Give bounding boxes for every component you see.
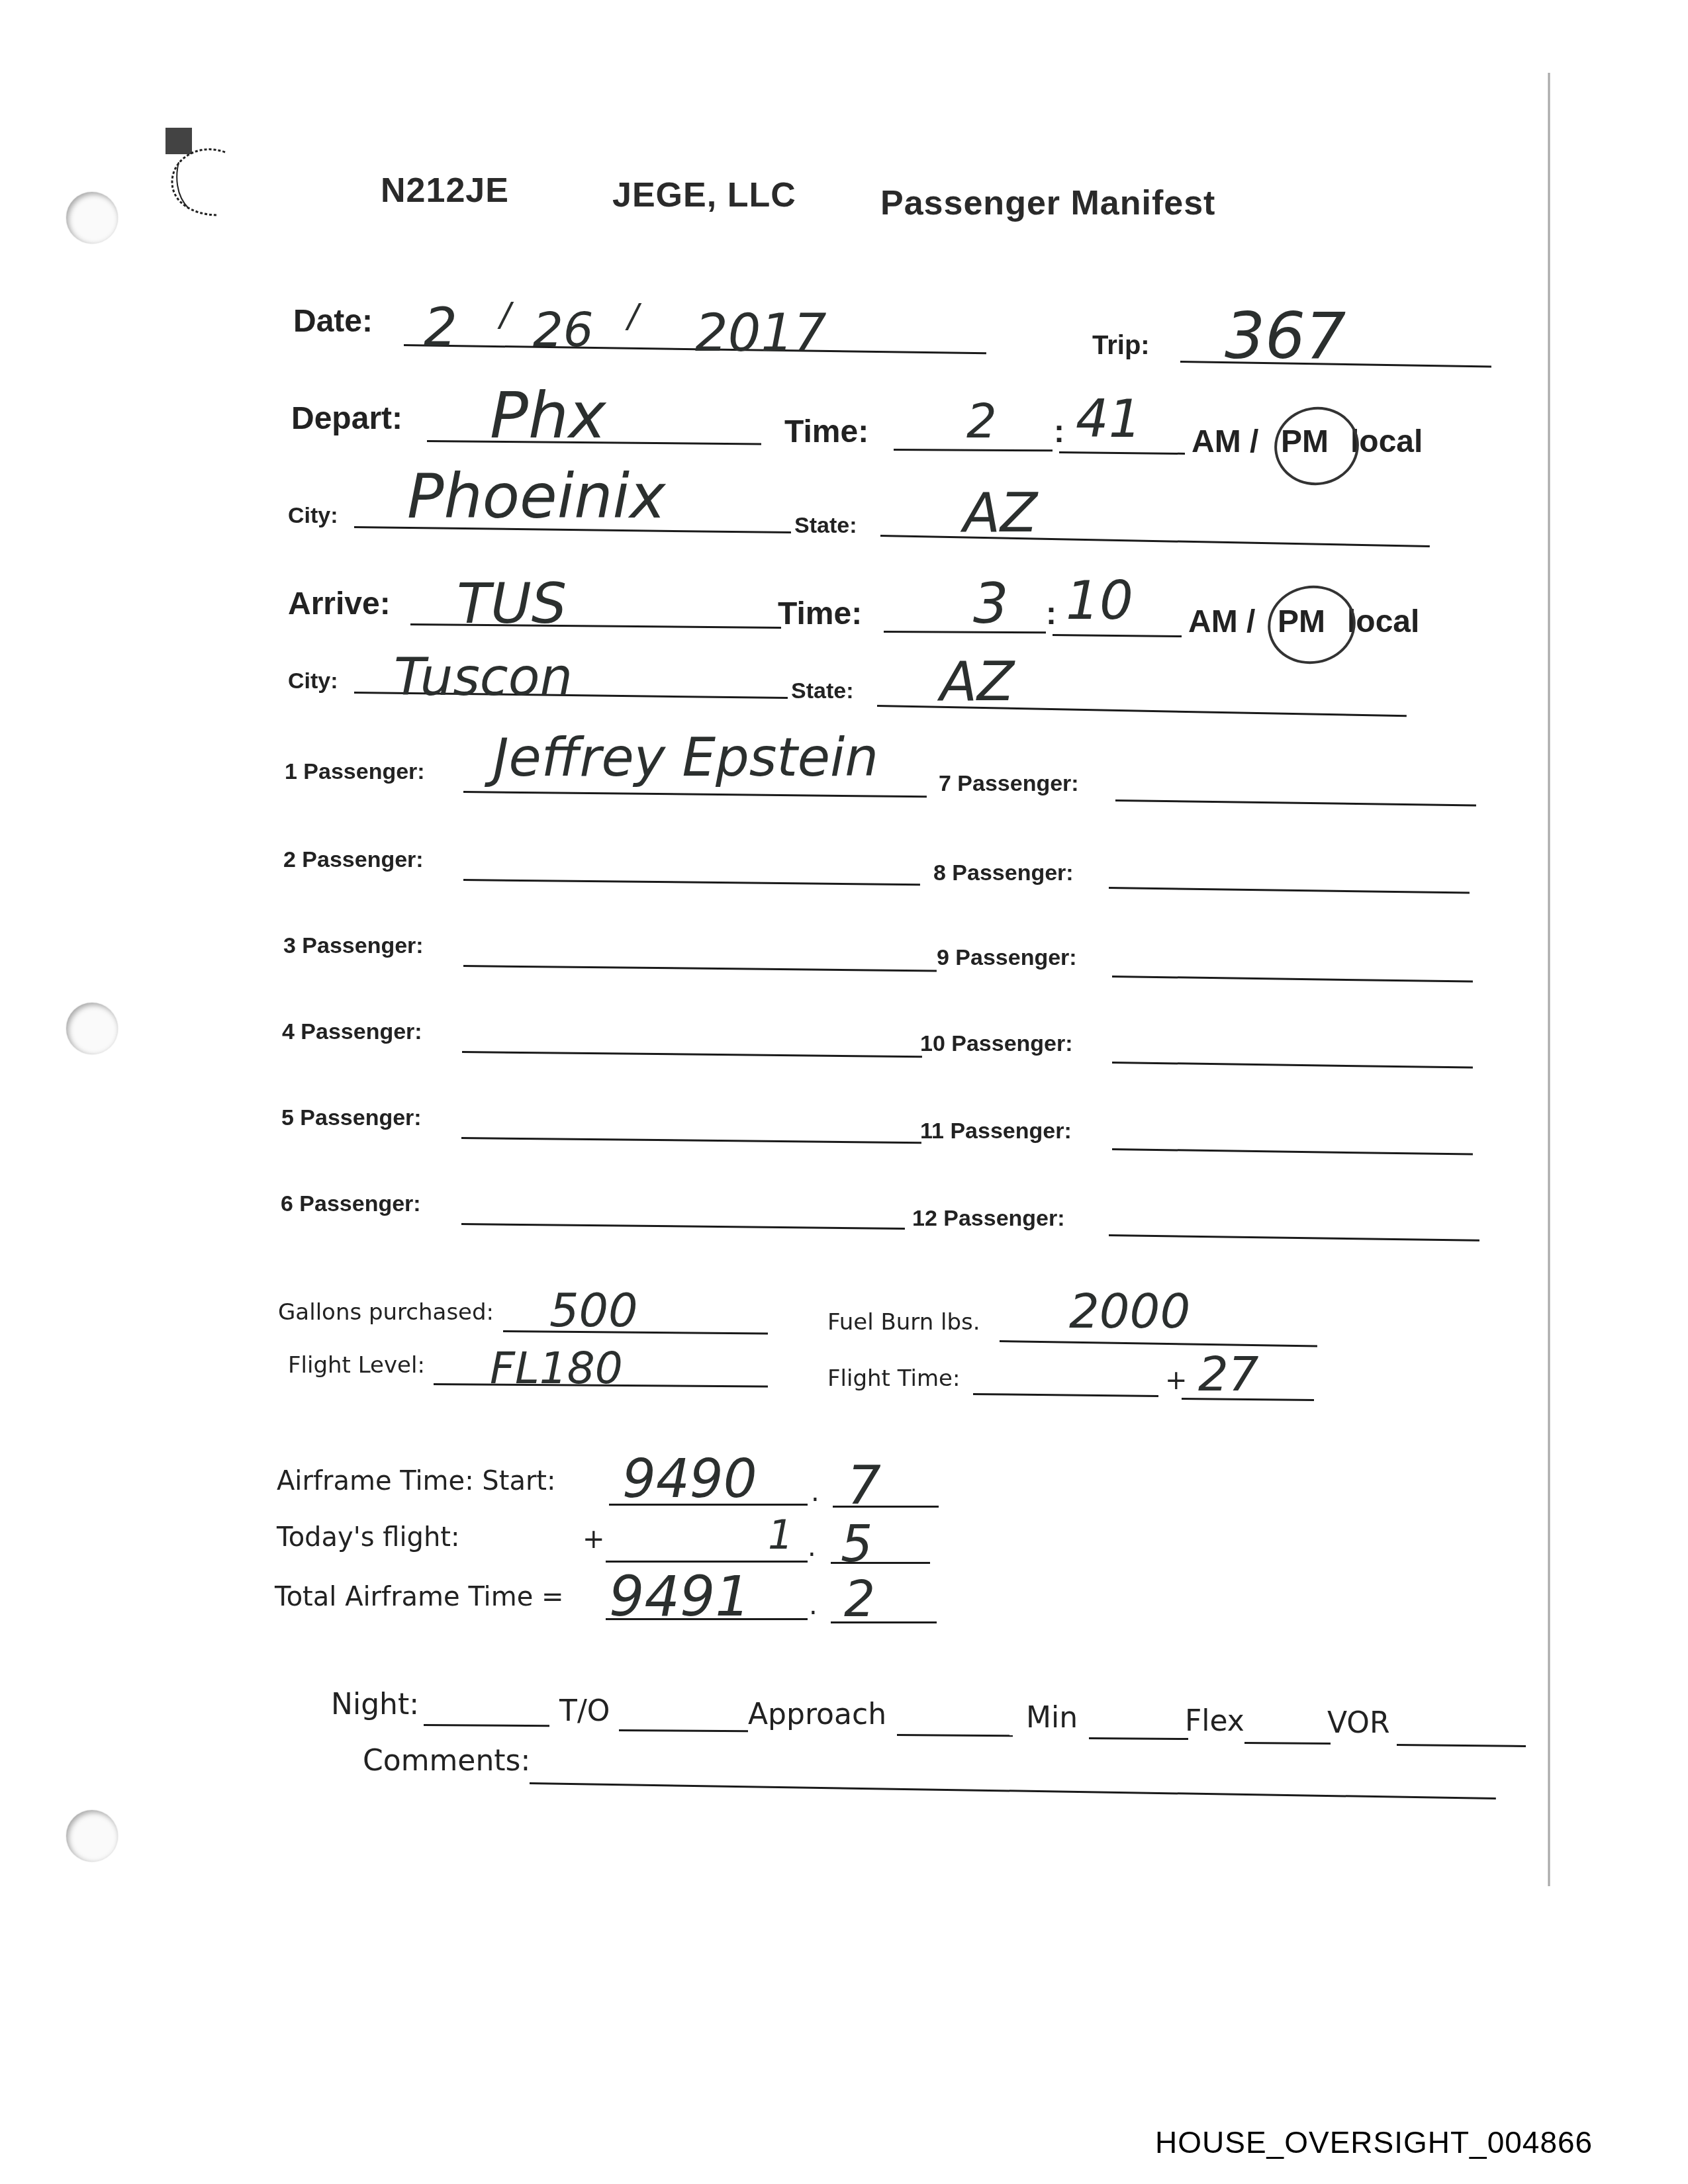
todays-flight-whole-value[interactable]: 1	[768, 1516, 793, 1555]
depart-hour-line	[894, 449, 1053, 451]
airframe-start-label: Airframe Time: Start:	[277, 1466, 556, 1496]
fuel-burn-value[interactable]: 2000	[1069, 1287, 1190, 1335]
passenger-label: 12 Passenger:	[912, 1206, 1065, 1232]
flight-time-hours-line[interactable]	[973, 1393, 1158, 1397]
passenger-label: 9 Passenger:	[937, 945, 1077, 971]
fuel-burn-line	[1000, 1340, 1317, 1347]
pm-selected-circle	[1268, 400, 1366, 492]
night-field-line[interactable]	[424, 1724, 549, 1727]
plus-sign: +	[583, 1524, 605, 1555]
flight-level-value[interactable]: FL180	[490, 1347, 623, 1390]
min-field-line[interactable]	[1089, 1737, 1188, 1740]
passenger-label: 2 Passenger:	[283, 847, 424, 873]
min-label: Min	[1026, 1701, 1078, 1735]
depart-am-label: AM /	[1192, 424, 1258, 460]
passenger-label: 11 Passenger:	[920, 1118, 1072, 1144]
arrive-code-value[interactable]: TUS	[457, 576, 567, 631]
time-colon: :	[1054, 414, 1064, 450]
date-separator: /	[500, 298, 511, 331]
binder-hole	[66, 1003, 118, 1054]
passenger-field-line[interactable]	[461, 1137, 921, 1144]
flex-label: Flex	[1185, 1704, 1244, 1738]
date-label: Date:	[293, 303, 373, 340]
approach-field-line[interactable]	[897, 1734, 1013, 1737]
passenger-field-line[interactable]	[463, 965, 937, 972]
passenger-label: 4 Passenger:	[282, 1019, 422, 1045]
date-day-value[interactable]: 26	[533, 306, 594, 353]
depart-label: Depart:	[291, 400, 402, 437]
todays-flight-label: Today's flight:	[277, 1522, 459, 1553]
total-airframe-label: Total Airframe Time =	[275, 1582, 564, 1612]
comments-label: Comments:	[363, 1744, 530, 1778]
vor-label: VOR	[1327, 1706, 1390, 1740]
arrive-state-label: State:	[791, 678, 853, 704]
to-label: T/O	[559, 1694, 610, 1728]
passenger-field-line[interactable]	[461, 1223, 905, 1230]
company-name: JEGE, LLC	[612, 175, 796, 215]
depart-local-label: local	[1350, 424, 1423, 460]
binder-hole	[66, 1810, 118, 1862]
flight-time-label: Flight Time:	[827, 1365, 960, 1392]
date-month-value[interactable]: 2	[424, 301, 457, 354]
passenger-field-line[interactable]	[463, 879, 920, 886]
passenger-field-line[interactable]	[1109, 1234, 1479, 1242]
pm-selected-circle	[1262, 578, 1362, 670]
to-field-line[interactable]	[619, 1729, 748, 1732]
passenger-label: 6 Passenger:	[281, 1191, 421, 1217]
total-tenth-value[interactable]: 2	[844, 1575, 875, 1624]
date-separator: /	[628, 299, 639, 332]
depart-hour-value[interactable]: 2	[966, 397, 997, 445]
trip-label: Trip:	[1092, 331, 1150, 361]
fuel-burn-label: Fuel Burn lbs.	[827, 1309, 980, 1336]
passenger-field-line[interactable]	[1115, 799, 1476, 807]
approach-label: Approach	[748, 1698, 886, 1731]
arrive-city-label: City:	[288, 668, 338, 694]
arrive-time-label: Time:	[778, 596, 862, 632]
passenger-label: 3 Passenger:	[283, 933, 424, 959]
airframe-start-tenth-value[interactable]: 7	[847, 1459, 881, 1512]
night-label: Night:	[331, 1688, 419, 1721]
arrive-local-label: local	[1347, 604, 1419, 640]
todays-flight-whole-line	[606, 1561, 808, 1563]
passenger-field-line[interactable]	[1112, 1148, 1473, 1156]
passenger-field-line[interactable]	[1112, 976, 1473, 983]
arrive-min-line	[1053, 634, 1182, 637]
passenger-field-line[interactable]	[1112, 1062, 1473, 1069]
time-colon: :	[1046, 596, 1056, 632]
form-title: Passenger Manifest	[880, 183, 1215, 223]
arrive-hour-line	[884, 631, 1046, 633]
date-year-value[interactable]: 2017	[695, 308, 827, 359]
passenger-field-line[interactable]	[462, 1051, 922, 1058]
flight-level-label: Flight Level:	[288, 1352, 425, 1379]
passenger-field-line	[463, 791, 927, 797]
depart-minute-value[interactable]: 41	[1076, 394, 1141, 445]
depart-city-label: City:	[288, 503, 338, 529]
passenger-field-line[interactable]	[1109, 887, 1470, 894]
trip-value[interactable]: 367	[1225, 304, 1346, 368]
passenger-label: 5 Passenger:	[281, 1105, 422, 1131]
depart-city-value[interactable]: Phoeinix	[407, 467, 666, 527]
comments-field-line[interactable]	[530, 1782, 1496, 1799]
company-logo-icon	[165, 122, 238, 222]
passenger-label: 8 Passenger:	[933, 860, 1074, 886]
arrive-city-value[interactable]: Tuscon	[394, 652, 573, 704]
total-whole-value[interactable]: 9491	[609, 1569, 751, 1624]
passenger-label: 10 Passenger:	[920, 1031, 1073, 1057]
gallons-label: Gallons purchased:	[278, 1299, 494, 1326]
arrive-am-label: AM /	[1188, 604, 1255, 640]
arrive-hour-value[interactable]: 3	[973, 576, 1008, 631]
todays-flight-tenth-value[interactable]: 5	[841, 1519, 872, 1569]
arrive-state-value[interactable]: AZ	[940, 655, 1014, 709]
vor-field-line[interactable]	[1397, 1744, 1526, 1747]
depart-state-label: State:	[794, 513, 857, 539]
arrive-minute-value[interactable]: 10	[1066, 574, 1133, 627]
decimal-point: .	[811, 1477, 820, 1508]
page-edge	[1548, 73, 1550, 1886]
gallons-value[interactable]: 500	[549, 1287, 638, 1334]
arrive-label: Arrive:	[288, 586, 391, 622]
passenger-label: 1 Passenger:	[285, 759, 425, 785]
passenger-name-value[interactable]: Jeffrey Epstein	[493, 731, 878, 784]
depart-time-label: Time:	[784, 414, 868, 450]
decimal-point: .	[808, 1532, 816, 1563]
depart-min-line	[1059, 451, 1185, 455]
depart-code-value[interactable]: Phx	[490, 384, 606, 447]
airframe-start-whole-value[interactable]: 9490	[622, 1453, 757, 1506]
passenger-label: 7 Passenger:	[939, 771, 1079, 797]
plus-sign: +	[1165, 1365, 1188, 1396]
bates-stamp: HOUSE_OVERSIGHT_004866	[1155, 2124, 1593, 2160]
decimal-point: .	[809, 1590, 818, 1621]
depart-state-value[interactable]: AZ	[963, 486, 1037, 541]
binder-hole	[66, 192, 118, 244]
flight-time-minutes-value[interactable]: 27	[1198, 1350, 1259, 1398]
tail-number: N212JE	[381, 171, 509, 210]
flex-field-line[interactable]	[1244, 1742, 1331, 1745]
